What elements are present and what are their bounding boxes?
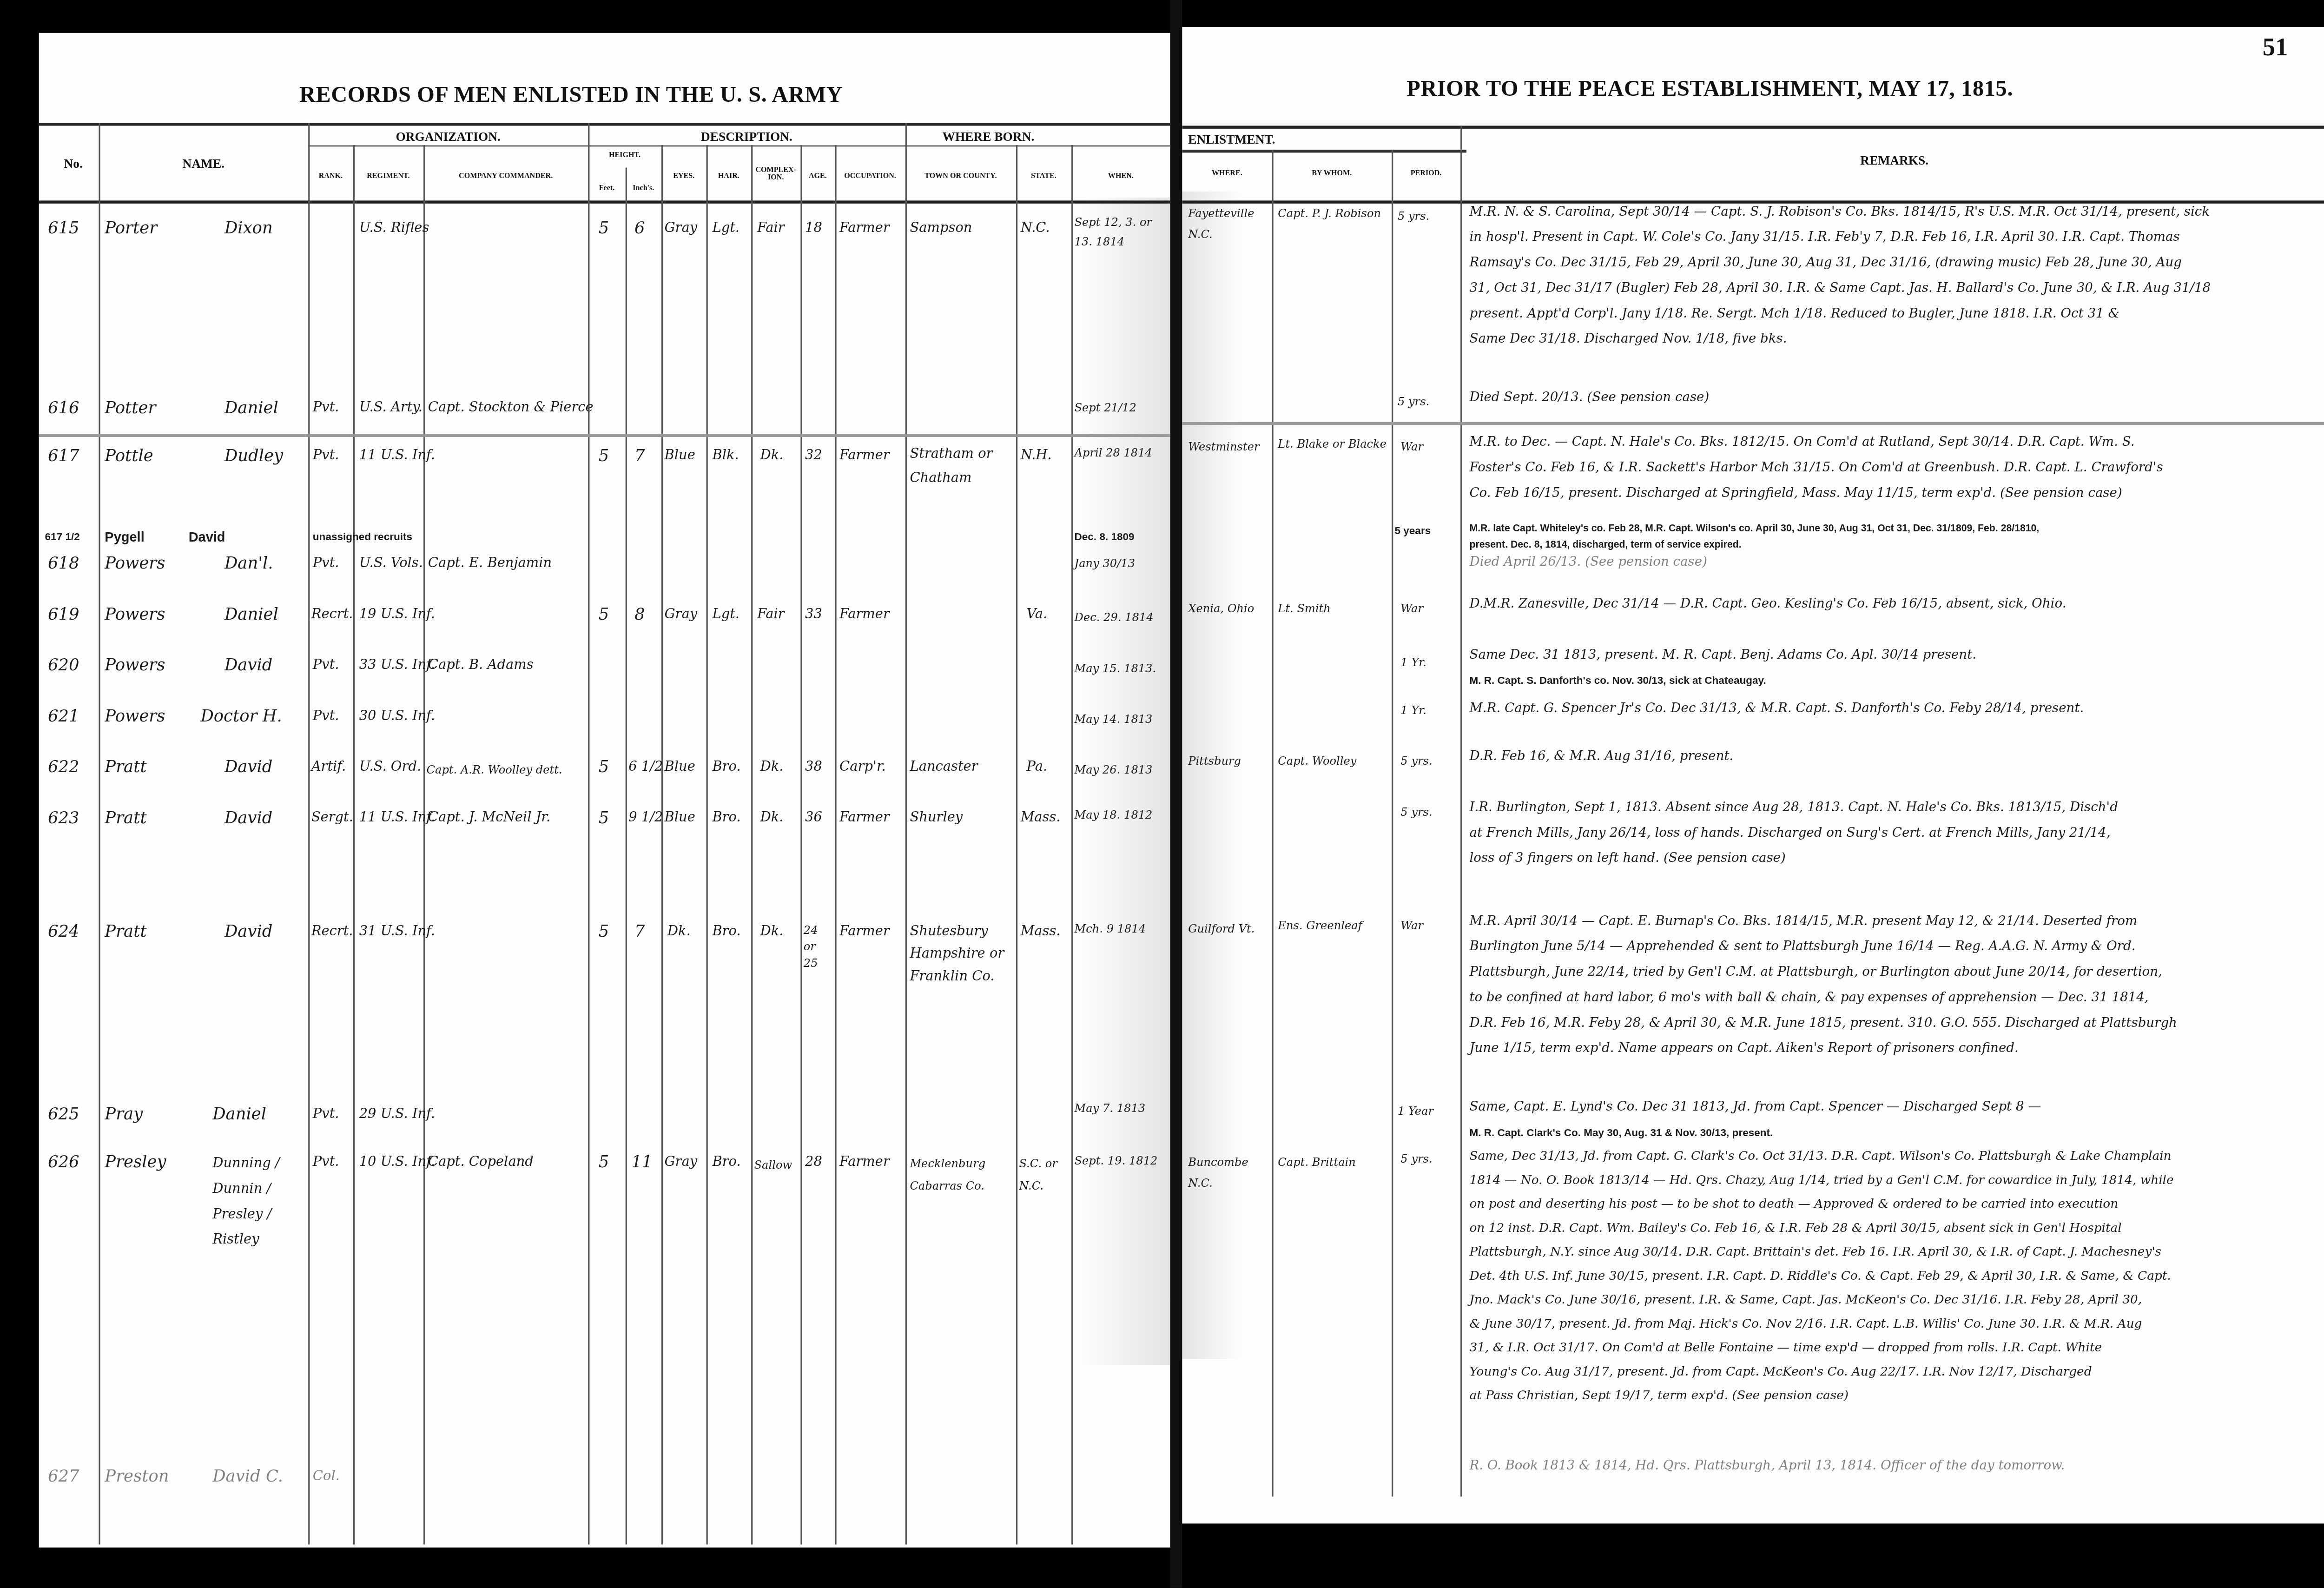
ledger-spread: RECORDS OF MEN ENLISTED IN THE U. S. ARM… <box>0 0 2324 1588</box>
remarks-line: Co. Feb 16/15, present. Discharged at Sp… <box>1469 482 2319 508</box>
remarks-line: Ramsay's Co. Dec 31/15, Feb 29, April 30… <box>1469 251 2319 277</box>
row-given-name: David C. <box>212 1467 283 1486</box>
header-when: WHEN. <box>1071 173 1170 181</box>
row-complexion: Dk. <box>760 925 783 940</box>
column-divider <box>661 145 663 1544</box>
row-regiment: U.S. Arty. <box>359 401 423 416</box>
row-surname: Powers <box>105 655 165 675</box>
row-divider <box>1182 422 2324 425</box>
remarks-cell-printed: M.R. late Capt. Whiteley's co. Feb 28, M… <box>1469 521 2319 554</box>
row-eyes: Blue <box>664 449 695 464</box>
row-regiment: 33 U.S. Inf. <box>359 659 435 674</box>
enlistment-where: Buncombe N.C. <box>1188 1152 1272 1194</box>
row-town: Sampson <box>910 221 972 236</box>
row-when: April 28 1814 <box>1075 443 1164 464</box>
enlistment-period: 5 yrs. <box>1400 1152 1432 1166</box>
header-inches: Inch's. <box>626 185 661 193</box>
row-given-name: Daniel <box>212 1105 266 1124</box>
row-commander: Capt. A.R. Woolley dett. <box>427 763 562 777</box>
remarks-line: Same, Dec 31/13, Jd. from Capt. G. Clark… <box>1469 1144 2319 1168</box>
page-number: 51 <box>2263 33 2288 63</box>
enlistment-period: 5 yrs. <box>1400 754 1432 768</box>
header-period: PERIOD. <box>1392 171 1460 178</box>
row-when: Sept. 19. 1812 <box>1075 1149 1158 1171</box>
column-divider <box>626 168 627 1545</box>
row-no: 625 <box>48 1105 79 1124</box>
row-surname: Potter <box>105 398 156 417</box>
row-no: 627 <box>48 1467 79 1486</box>
header-mid-rule <box>308 145 1170 146</box>
row-no: 620 <box>48 655 79 675</box>
remarks-line: on post and deserting his post — to be s… <box>1469 1191 2319 1216</box>
row-eyes: Gray <box>664 221 697 236</box>
remarks-line: 31, Oct 31, Dec 31/17 (Bugler) Feb 28, A… <box>1469 277 2319 303</box>
row-feet: 5 <box>599 757 609 777</box>
row-surname: Presley <box>105 1152 166 1172</box>
header-description: DESCRIPTION. <box>588 129 905 144</box>
row-rank: Artif. <box>311 760 346 775</box>
row-regiment: 11 U.S. Inf. <box>359 811 435 826</box>
remarks-line: Died April 26/13. (See pension case) <box>1469 551 2319 576</box>
row-inches: 8 <box>634 605 645 624</box>
row-hair: Lgt. <box>712 221 739 236</box>
column-divider <box>423 145 425 1544</box>
row-rank: Recrt. <box>311 608 353 622</box>
row-when: Jany 30/13 <box>1075 557 1136 570</box>
row-surname: Pratt <box>105 757 146 777</box>
header-feet: Feet. <box>588 185 625 193</box>
row-rank: Pvt. <box>313 449 339 464</box>
row-rank: Pvt. <box>313 1155 339 1170</box>
remarks-cell: M.R. to Dec. — Capt. N. Hale's Co. Bks. … <box>1469 431 2319 507</box>
remarks-line: Young's Co. Aug 31/17, present. Jd. from… <box>1469 1359 2319 1383</box>
row-when: Mch. 9 1814 <box>1075 919 1158 940</box>
right-page-title: PRIOR TO THE PEACE ESTABLISHMENT, MAY 17… <box>1406 78 2013 103</box>
row-no: 615 <box>48 218 79 238</box>
remarks-line: M.R. N. & S. Carolina, Sept 30/14 — Capt… <box>1469 200 2319 226</box>
left-page: RECORDS OF MEN ENLISTED IN THE U. S. ARM… <box>39 33 1170 1548</box>
row-regiment: 10 U.S. Inf. <box>359 1155 435 1170</box>
enlistment-period: 5 yrs. <box>1400 805 1432 819</box>
row-feet: 5 <box>599 1152 609 1172</box>
column-divider <box>1071 145 1073 1544</box>
row-feet: 5 <box>599 605 609 624</box>
row-occupation: Farmer <box>839 449 890 464</box>
remarks-line: Det. 4th U.S. Inf. June 30/15, present. … <box>1469 1263 2319 1287</box>
row-age: 33 <box>805 608 822 622</box>
remarks-line: to be confined at hard labor, 6 mo's wit… <box>1469 986 2319 1012</box>
row-age: 18 <box>805 221 822 236</box>
remarks-line: 1814 — No. O. Book 1813/14 — Hd. Qrs. Ch… <box>1469 1167 2319 1191</box>
row-no: 622 <box>48 757 79 777</box>
row-regiment: 11 U.S. Inf. <box>359 449 435 464</box>
enlistment-period: 1 Yr. <box>1400 655 1426 669</box>
remarks-cell: M.R. N. & S. Carolina, Sept 30/14 — Capt… <box>1469 200 2319 353</box>
header-eyes: EYES. <box>661 173 706 181</box>
left-page-title: RECORDS OF MEN ENLISTED IN THE U. S. ARM… <box>299 84 843 109</box>
row-complexion: Fair <box>757 221 785 236</box>
enlistment-period: 1 Year <box>1398 1105 1433 1118</box>
remarks-cell: Died Sept. 20/13. (See pension case) <box>1469 386 2319 412</box>
row-when: May 18. 1812 <box>1075 805 1164 826</box>
header-hair: HAIR. <box>706 173 752 181</box>
row-given-name: David <box>224 655 273 675</box>
row-hair: Bro. <box>712 925 740 940</box>
remarks-line: in hosp'l. Present in Capt. W. Cole's Co… <box>1469 226 2319 251</box>
row-inches: 9 1/2 <box>628 811 663 826</box>
enlistment-where: Xenia, Ohio <box>1188 602 1254 615</box>
row-feet: 5 <box>599 922 609 941</box>
row-rank: Pvt. <box>313 709 339 724</box>
remarks-cell: D.M.R. Zanesville, Dec 31/14 — D.R. Capt… <box>1469 593 2319 618</box>
remarks-line: on 12 inst. D.R. Capt. Wm. Bailey's Co. … <box>1469 1215 2319 1239</box>
column-divider <box>1272 150 1273 1496</box>
row-regiment: U.S. Vols. <box>359 557 423 572</box>
remarks-line: Plattsburgh, N.Y. since Aug 30/14. D.R. … <box>1469 1239 2319 1264</box>
row-given-name: David <box>224 757 273 777</box>
row-no: 621 <box>48 707 79 726</box>
remarks-line: present. Appt'd Corp'l. Jany 1/18. Re. S… <box>1469 302 2319 328</box>
row-no: 617 1/2 <box>45 533 80 543</box>
remarks-cell: Same Dec. 31 1813, present. M. R. Capt. … <box>1469 643 2319 694</box>
row-regiment: unassigned recruits <box>313 533 412 543</box>
header-complexion: COMPLEX-ION. <box>751 168 800 183</box>
row-town: Shutesbury Hampshire or Franklin Co. <box>910 922 1014 989</box>
row-no: 623 <box>48 808 79 827</box>
row-no: 616 <box>48 398 79 417</box>
column-divider <box>99 123 100 1544</box>
row-surname: Preston <box>105 1467 169 1486</box>
remarks-cell: Same, Dec 31/13, Jd. from Capt. G. Clark… <box>1469 1144 2319 1407</box>
book-gutter <box>1170 0 1182 1588</box>
row-eyes: Gray <box>664 608 697 622</box>
row-town: Stratham or Chatham <box>910 443 1014 491</box>
row-surname: Pray <box>105 1105 143 1124</box>
header-rank: RANK. <box>308 173 353 181</box>
row-given-name: Doctor H. <box>200 707 282 726</box>
row-when: May 15. 1813. <box>1075 662 1156 675</box>
remarks-line: M. R. Capt. Clark's Co. May 30, Aug. 31 … <box>1469 1121 2319 1146</box>
row-no: 618 <box>48 554 79 573</box>
row-age: 36 <box>805 811 822 826</box>
row-age: 32 <box>805 449 822 464</box>
row-hair: Lgt. <box>712 608 739 622</box>
row-town: Mecklenburg Cabarras Co. <box>910 1152 1014 1198</box>
header-top-rule <box>1182 126 2324 128</box>
row-given-name: David <box>224 922 273 941</box>
row-occupation: Carp'r. <box>839 760 886 775</box>
row-surname: Pratt <box>105 922 146 941</box>
row-hair: Bro. <box>712 811 740 826</box>
row-given-name: Dixon <box>224 218 273 238</box>
remarks-cell: R. O. Book 1813 & 1814, Hd. Qrs. Plattsb… <box>1469 1455 2319 1480</box>
remarks-line: D.M.R. Zanesville, Dec 31/14 — D.R. Capt… <box>1469 593 2319 618</box>
header-age: AGE. <box>800 173 835 181</box>
row-when: Dec. 29. 1814 <box>1075 611 1154 624</box>
remarks-cell: I.R. Burlington, Sept 1, 1813. Absent si… <box>1469 796 2319 873</box>
header-by-whom: BY WHOM. <box>1272 171 1392 178</box>
remarks-line: June 1/15, term exp'd. Name appears on C… <box>1469 1037 2319 1063</box>
remarks-line: Jno. Mack's Co. June 30/16, present. I.R… <box>1469 1287 2319 1311</box>
remarks-line: D.R. Feb 16, & M.R. Aug 31/16, present. <box>1469 745 2319 771</box>
row-rank: Sergt. <box>311 811 353 826</box>
row-when: May 7. 1813 <box>1075 1101 1146 1115</box>
header-organization: ORGANIZATION. <box>308 129 588 144</box>
row-inches: 6 1/2 <box>628 760 663 775</box>
enlistment-period: War <box>1400 919 1423 933</box>
row-eyes: Blue <box>664 811 695 826</box>
row-town: Lancaster <box>910 760 977 775</box>
header-state: STATE. <box>1016 173 1071 181</box>
row-occupation: Farmer <box>839 608 890 622</box>
enlistment-period: War <box>1400 602 1423 615</box>
row-no: 626 <box>48 1152 79 1172</box>
row-complexion: Sallow <box>754 1158 792 1172</box>
enlistment-where: Pittsburg <box>1188 754 1241 768</box>
row-when: May 26. 1813 <box>1075 763 1153 777</box>
row-when: Dec. 8. 1809 <box>1075 533 1135 543</box>
row-state: Mass. <box>1021 925 1061 940</box>
row-feet: 5 <box>599 218 609 238</box>
remarks-line: 31, & I.R. Oct 31/17. On Com'd at Belle … <box>1469 1335 2319 1359</box>
row-complexion: Dk. <box>760 811 783 826</box>
remarks-line: Same Dec. 31 1813, present. M. R. Capt. … <box>1469 643 2319 669</box>
header-mid-rule <box>1182 150 1466 152</box>
enlistment-where: Westminster <box>1188 440 1272 454</box>
row-given-name: David <box>224 808 273 827</box>
row-given-name: Daniel <box>224 605 278 624</box>
column-divider <box>706 145 708 1544</box>
row-no: 624 <box>48 922 79 941</box>
row-rank: Pvt. <box>313 659 339 674</box>
row-commander: Capt. Copeland <box>428 1155 534 1170</box>
header-bottom-rule <box>39 200 1170 203</box>
remarks-line: M. R. Capt. S. Danforth's co. Nov. 30/13… <box>1469 669 2319 695</box>
enlistment-period: 5 years <box>1394 527 1431 537</box>
row-complexion: Dk. <box>760 449 783 464</box>
enlistment-period: War <box>1400 440 1423 454</box>
row-regiment: 29 U.S. Inf. <box>359 1107 435 1122</box>
row-state: Va. <box>1027 608 1048 622</box>
header-company-commander: COMPANY COMMANDER. <box>423 173 588 181</box>
row-when: Sept 21/12 <box>1075 401 1136 415</box>
row-age: 24 or 25 <box>804 922 833 971</box>
row-surname: Porter <box>105 218 157 238</box>
enlistment-by-whom: Lt. Smith <box>1278 602 1331 615</box>
row-divider <box>39 434 1170 437</box>
row-inches: 7 <box>634 446 645 465</box>
enlistment-period: 1 Yr. <box>1400 703 1426 717</box>
row-age: 38 <box>805 760 822 775</box>
row-no: 619 <box>48 605 79 624</box>
row-given-name: Dunning / Dunnin / Presley / Ristley <box>212 1152 305 1254</box>
row-surname: Pratt <box>105 808 146 827</box>
enlistment-by-whom: Capt. Brittain <box>1278 1152 1382 1173</box>
column-divider <box>588 123 589 1544</box>
remarks-line: at Pass Christian, Sept 19/17, term exp'… <box>1469 1383 2319 1407</box>
header-occupation: OCCUPATION. <box>835 173 905 181</box>
row-surname: Powers <box>105 554 165 573</box>
row-commander: Capt. B. Adams <box>428 659 534 674</box>
remarks-line: D.R. Feb 16, M.R. Feby 28, & April 30, &… <box>1469 1012 2319 1037</box>
row-town: Shurley <box>910 811 963 826</box>
column-divider <box>1392 150 1393 1496</box>
row-state: N.C. <box>1021 221 1050 236</box>
row-regiment: 31 U.S. Inf. <box>359 925 435 940</box>
row-age: 28 <box>805 1155 822 1170</box>
remarks-line: Foster's Co. Feb 16, & I.R. Sackett's Ha… <box>1469 457 2319 482</box>
enlistment-by-whom: Lt. Blake or Blacke <box>1278 434 1388 455</box>
row-given-name: Daniel <box>224 398 278 417</box>
row-rank: Pvt. <box>313 401 339 416</box>
remarks-line: I.R. Burlington, Sept 1, 1813. Absent si… <box>1469 796 2319 822</box>
remarks-line: M.R. late Capt. Whiteley's co. Feb 28, M… <box>1469 521 2319 537</box>
column-divider <box>905 123 907 1544</box>
row-commander: Capt. Stockton & Pierce <box>428 401 594 416</box>
row-state: N.H. <box>1021 449 1052 464</box>
column-divider <box>1460 126 1462 1496</box>
row-occupation: Farmer <box>839 811 890 826</box>
header-remarks: REMARKS. <box>1460 152 2324 167</box>
enlistment-period: 5 yrs. <box>1398 210 1429 223</box>
remarks-line: at French Mills, Jany 26/14, loss of han… <box>1469 821 2319 847</box>
row-state: S.C. or N.C. <box>1019 1152 1070 1198</box>
remarks-cell: M.R. April 30/14 — Capt. E. Burnap's Co.… <box>1469 910 2319 1062</box>
remarks-cell: D.R. Feb 16, & M.R. Aug 31/16, present. <box>1469 745 2319 771</box>
row-occupation: Farmer <box>839 1155 890 1170</box>
remarks-line: Same, Capt. E. Lynd's Co. Dec 31 1813, J… <box>1469 1096 2319 1121</box>
header-no: No. <box>48 156 99 171</box>
row-regiment: 30 U.S. Inf. <box>359 709 435 724</box>
header-where-born: WHERE BORN. <box>905 129 1071 144</box>
row-inches: 7 <box>634 922 645 941</box>
remarks-line: M.R. Capt. G. Spencer Jr's Co. Dec 31/13… <box>1469 697 2319 723</box>
row-occupation: Farmer <box>839 925 890 940</box>
row-inches: 11 <box>632 1152 653 1172</box>
header-name: NAME. <box>99 156 308 171</box>
row-inches: 6 <box>634 218 645 238</box>
row-surname: Powers <box>105 605 165 624</box>
right-page: PRIOR TO THE PEACE ESTABLISHMENT, MAY 17… <box>1182 27 2324 1523</box>
row-regiment: 19 U.S. Inf. <box>359 608 435 622</box>
header-regiment: REGIMENT. <box>353 173 423 181</box>
row-rank: Recrt. <box>311 925 353 940</box>
row-eyes: Blue <box>664 760 695 775</box>
remarks-line: M.R. to Dec. — Capt. N. Hale's Co. Bks. … <box>1469 431 2319 457</box>
header-top-rule <box>39 123 1170 126</box>
row-occupation: Farmer <box>839 221 890 236</box>
column-divider <box>751 145 753 1544</box>
header-height: HEIGHT. <box>588 152 661 160</box>
enlistment-by-whom: Ens. Greenleaf <box>1278 919 1362 933</box>
remarks-cell: Same, Capt. E. Lynd's Co. Dec 31 1813, J… <box>1469 1096 2319 1146</box>
row-rank: Col. <box>313 1469 340 1484</box>
remarks-cell: M.R. Capt. G. Spencer Jr's Co. Dec 31/13… <box>1469 697 2319 723</box>
row-rank: Pvt. <box>313 1107 339 1122</box>
header-enlistment: ENLISTMENT. <box>1188 132 1367 146</box>
column-divider <box>800 145 802 1544</box>
row-regiment: U.S. Rifles <box>359 221 429 236</box>
row-eyes: Gray <box>664 1155 697 1170</box>
enlistment-where: Fayetteville N.C. <box>1188 204 1272 245</box>
row-surname: Powers <box>105 707 165 726</box>
column-divider <box>353 145 355 1544</box>
row-feet: 5 <box>599 446 609 465</box>
row-hair: Bro. <box>712 1155 740 1170</box>
column-divider <box>308 123 310 1544</box>
row-hair: Bro. <box>712 760 740 775</box>
row-given-name: Dan'l. <box>224 554 273 573</box>
row-regiment: U.S. Ord. <box>359 760 422 775</box>
enlistment-where: Guilford Vt. <box>1188 919 1272 940</box>
column-divider <box>835 145 836 1544</box>
row-eyes: Dk. <box>667 925 691 940</box>
row-when: Sept 12, 3. or 13. 1814 <box>1075 212 1168 251</box>
remarks-line: Plattsburgh, June 22/14, tried by Gen'l … <box>1469 961 2319 986</box>
header-town-or-county: TOWN OR COUNTY. <box>905 173 1016 181</box>
row-feet: 5 <box>599 808 609 827</box>
row-state: Mass. <box>1021 811 1061 826</box>
row-complexion: Dk. <box>760 760 783 775</box>
row-commander: Capt. J. McNeil Jr. <box>428 811 550 826</box>
remarks-cell: Died April 26/13. (See pension case) <box>1469 551 2319 576</box>
row-complexion: Fair <box>757 608 785 622</box>
column-divider <box>1016 145 1017 1544</box>
row-no: 617 <box>48 446 79 465</box>
page-shadow <box>1080 198 1170 1365</box>
row-hair: Blk. <box>712 449 739 464</box>
row-rank: Pvt. <box>313 557 339 572</box>
header-where: WHERE. <box>1182 171 1272 178</box>
enlistment-by-whom: Capt. P. J. Robison <box>1278 204 1388 225</box>
enlistment-period: 5 yrs. <box>1398 395 1429 409</box>
row-surname: Pygell <box>105 530 144 545</box>
remarks-line: R. O. Book 1813 & 1814, Hd. Qrs. Plattsb… <box>1469 1455 2319 1480</box>
remarks-line: Burlington June 5/14 — Apprehended & sen… <box>1469 935 2319 961</box>
remarks-line: Same Dec 31/18. Discharged Nov. 1/18, fi… <box>1469 328 2319 353</box>
remarks-line: loss of 3 fingers on left hand. (See pen… <box>1469 847 2319 873</box>
remarks-line: M.R. April 30/14 — Capt. E. Burnap's Co.… <box>1469 910 2319 935</box>
row-when: May 14. 1813 <box>1075 712 1153 726</box>
row-given-name: Dudley <box>224 446 283 465</box>
row-given-name: David <box>189 530 225 545</box>
remarks-line: Died Sept. 20/13. (See pension case) <box>1469 386 2319 412</box>
row-state: Pa. <box>1027 760 1048 775</box>
enlistment-by-whom: Capt. Woolley <box>1278 754 1356 768</box>
row-surname: Pottle <box>105 446 153 465</box>
remarks-line: & June 30/17, present. Jd. from Maj. Hic… <box>1469 1311 2319 1335</box>
row-commander: Capt. E. Benjamin <box>428 557 552 572</box>
